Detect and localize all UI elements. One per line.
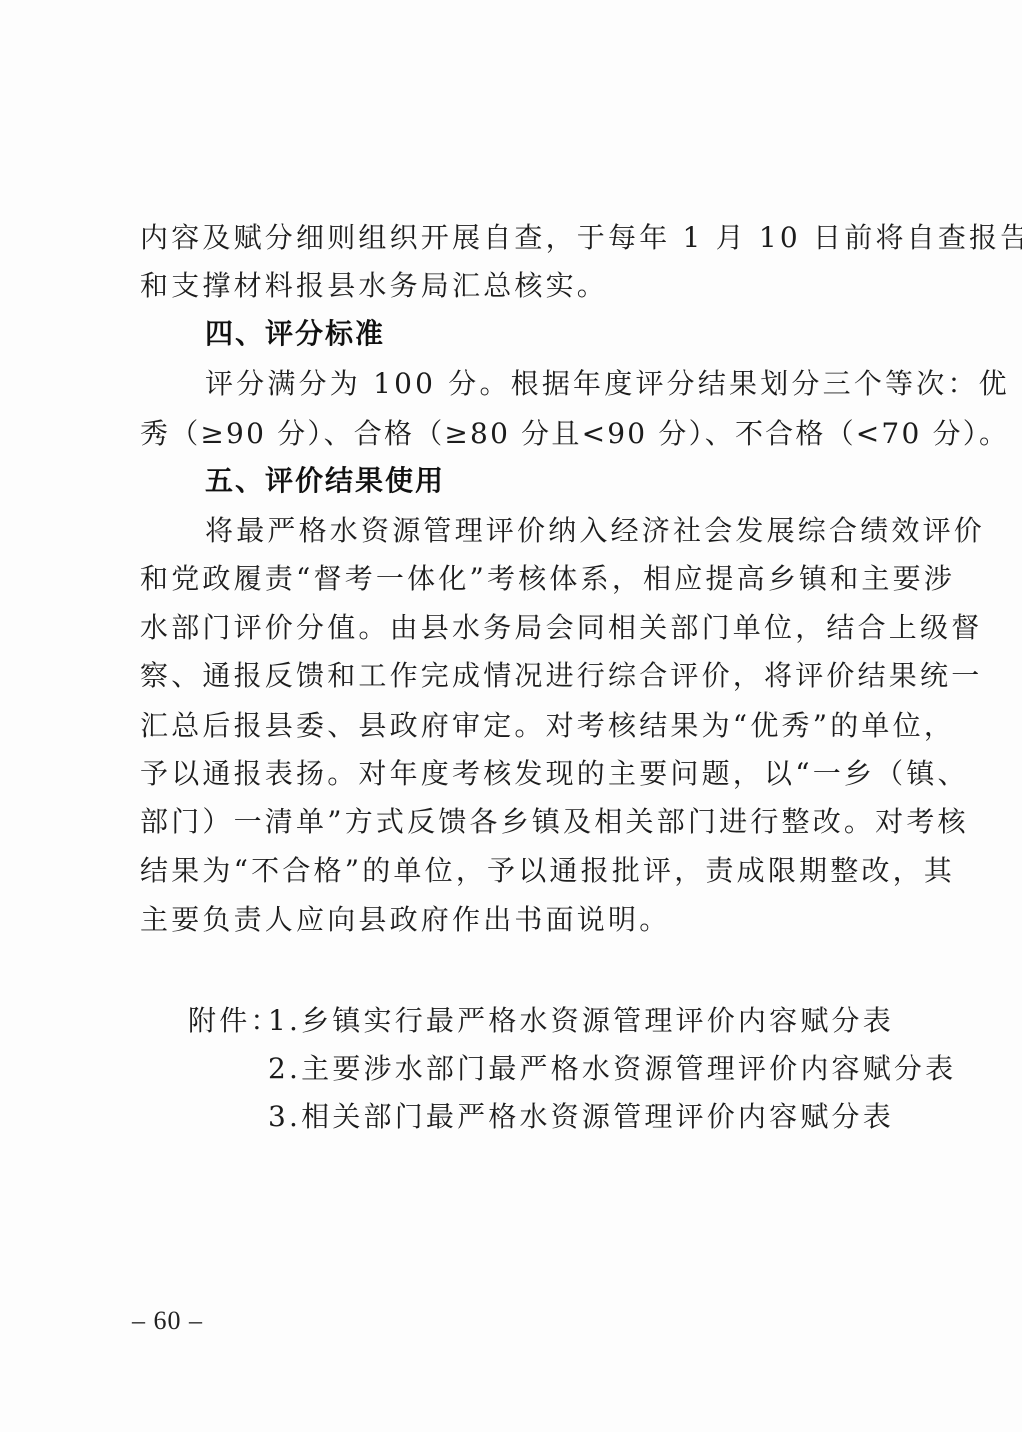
document-page: 内容及赋分细则组织开展自查，于每年 1 月 10 日前将自查报告 和支撑材料报县… bbox=[0, 0, 1022, 1432]
paragraph-line: 和支撑材料报县水务局汇总核实。 bbox=[140, 270, 880, 302]
paragraph-line: 察、通报反馈和工作完成情况进行综合评价，将评价结果统一 bbox=[140, 660, 880, 692]
paragraph-line: 水部门评价分值。由县水务局会同相关部门单位，结合上级督 bbox=[140, 612, 880, 644]
attachment-item: 2.主要涉水部门最严格水资源管理评价内容赋分表 bbox=[268, 1053, 868, 1085]
paragraph-line: 汇总后报县委、县政府审定。对考核结果为“优秀”的单位， bbox=[140, 710, 880, 742]
paragraph-line: 主要负责人应向县政府作出书面说明。 bbox=[140, 904, 880, 936]
paragraph-line: 内容及赋分细则组织开展自查，于每年 1 月 10 日前将自查报告 bbox=[140, 222, 880, 254]
paragraph-line: 部门）一清单”方式反馈各乡镇及相关部门进行整改。对考核 bbox=[140, 806, 880, 838]
paragraph-line: 将最严格水资源管理评价纳入经济社会发展综合绩效评价 bbox=[205, 515, 945, 547]
paragraph-line: 秀（≥90 分）、合格（≥80 分且<90 分）、不合格（<70 分）。 bbox=[140, 418, 880, 450]
section-heading-result-usage: 五、评价结果使用 bbox=[205, 465, 945, 497]
paragraph-line: 评分满分为 100 分。根据年度评分结果划分三个等次：优 bbox=[205, 368, 945, 400]
section-heading-scoring-standard: 四、评分标准 bbox=[205, 318, 945, 350]
attachment-item: 3.相关部门最严格水资源管理评价内容赋分表 bbox=[268, 1101, 868, 1133]
paragraph-line: 和党政履责“督考一体化”考核体系，相应提高乡镇和主要涉 bbox=[140, 563, 880, 595]
paragraph-line: 予以通报表扬。对年度考核发现的主要问题，以“一乡（镇、 bbox=[140, 758, 880, 790]
page-number: – 60 – bbox=[132, 1306, 203, 1336]
attachment-item: 1.乡镇实行最严格水资源管理评价内容赋分表 bbox=[268, 1005, 868, 1037]
attachments-label: 附件： bbox=[188, 1005, 268, 1037]
paragraph-line: 结果为“不合格”的单位，予以通报批评，责成限期整改，其 bbox=[140, 855, 880, 887]
